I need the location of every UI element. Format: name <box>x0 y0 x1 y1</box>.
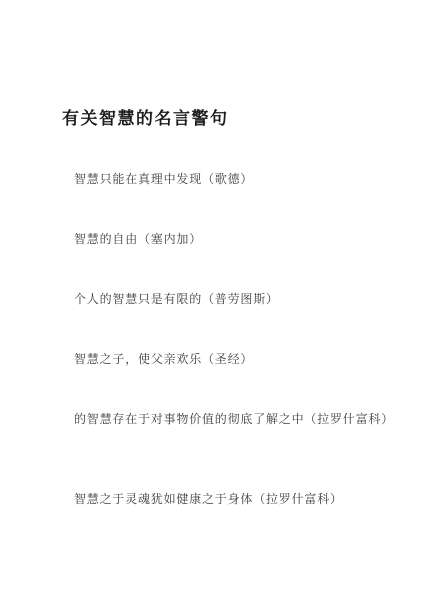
quote-line: 智慧只能在真理中发现（歌德） <box>74 172 253 186</box>
quote-line: 智慧的自由（塞内加） <box>74 232 202 246</box>
document-page: 有关智慧的名言警句 智慧只能在真理中发现（歌德） 智慧的自由（塞内加） 个人的智… <box>0 0 424 600</box>
quote-line: 智慧之子，使父亲欢乐（圣经） <box>74 352 253 366</box>
quote-line: 智慧之于灵魂犹如健康之于身体（拉罗什富科） <box>74 492 343 506</box>
quote-line: 的智慧存在于对事物价值的彻底了解之中（拉罗什富科） <box>74 412 394 426</box>
quote-line: 个人的智慧只是有限的（普劳图斯） <box>74 292 279 306</box>
page-title: 有关智慧的名言警句 <box>62 108 229 130</box>
